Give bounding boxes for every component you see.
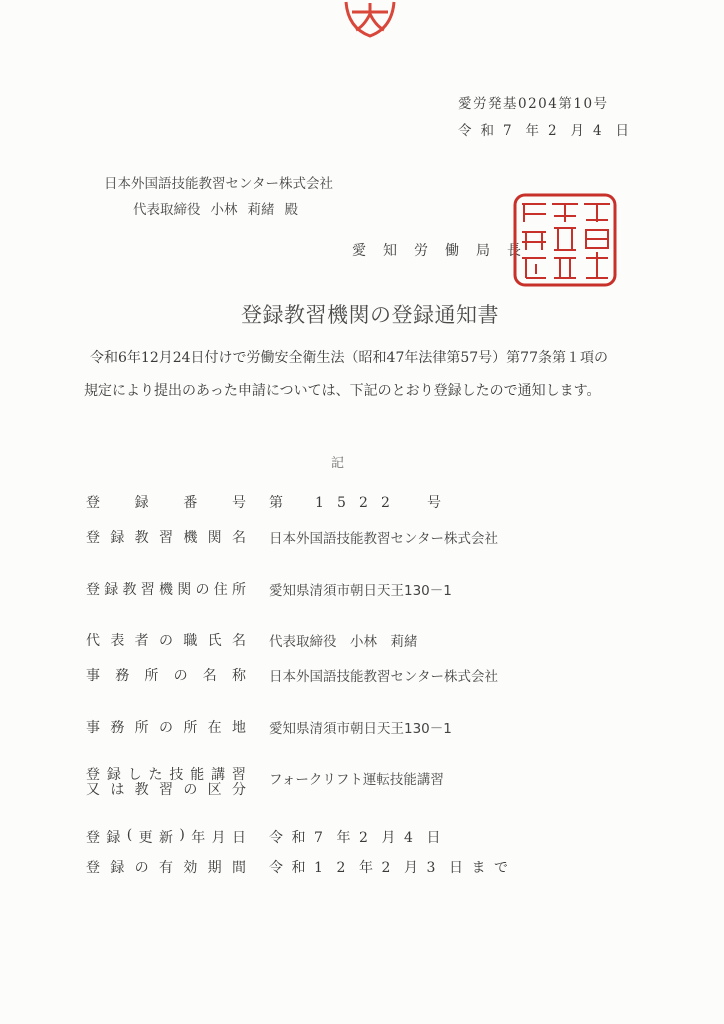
label-char: 区 (208, 783, 222, 798)
label-institution-name: 登 録 教 習 機 関 名 (86, 527, 246, 547)
label-char: し (128, 768, 142, 783)
label-char: 間 (232, 857, 246, 877)
row-institution-name: 登 録 教 習 機 関 名 日本外国語技能教習センター株式会社 (86, 527, 498, 547)
ki-heading: 記 (331, 452, 344, 471)
label-char: の (135, 857, 149, 877)
label-char: 事 (86, 665, 100, 685)
label-char: 名 (232, 630, 246, 650)
label-char: 年 (191, 827, 205, 847)
label-char: 名 (232, 527, 246, 547)
date-char: 令 (269, 857, 292, 877)
label-char: 表 (110, 630, 124, 650)
sender-char: 知 (383, 240, 414, 260)
label-char: の (159, 630, 173, 650)
label-char: 名 (203, 665, 217, 685)
date-char: 7 (314, 830, 337, 846)
label-line-2: 又 は 教 習 の 区 分 (86, 783, 246, 798)
label-char: 習 (159, 783, 173, 798)
value-registration-date: 令和7年2月4日 (269, 827, 449, 847)
label-char: 録 (107, 768, 121, 783)
representative-given-name: 莉緒 (248, 202, 275, 218)
label-char: 技 (169, 768, 183, 783)
date-char: 令 (458, 119, 481, 139)
row-representative: 代 表 者 の 職 氏 名 代表取締役 小林 莉緒 (86, 630, 418, 650)
label-char: 教 (135, 783, 149, 798)
label-validity-period: 登 録 の 有 効 期 間 (86, 857, 246, 877)
date-char: 和 (481, 119, 504, 139)
label-char: 登 (86, 768, 100, 783)
date-char: 2 (359, 830, 382, 846)
date-char: 2 (548, 123, 571, 139)
value-registration-number: 第1522号 (269, 492, 450, 512)
label-char: 有 (159, 857, 173, 877)
row-office-name: 事 務 所 の 名 称 日本外国語技能教習センター株式会社 (86, 665, 498, 685)
label-char: 登 (86, 527, 100, 547)
label-char: 務 (110, 717, 124, 737)
label-registration-date: 登 録 ( 更 新 ) 年 月 日 (86, 827, 246, 847)
label-char: 登 (86, 492, 100, 512)
label-char: 地 (232, 717, 246, 737)
date-char: 年 (337, 827, 360, 847)
number-prefix: 第 (269, 492, 315, 512)
label-char: た (149, 768, 163, 783)
date-char: 4 (593, 123, 616, 139)
label-char: 所 (232, 579, 246, 599)
sender-char: 働 (445, 240, 476, 260)
label-char: の (174, 665, 188, 685)
label-char: 分 (232, 783, 246, 798)
label-char: 号 (232, 492, 246, 512)
row-validity-period: 登 録 の 有 効 期 間 令和12年2月3日まで (86, 857, 517, 877)
row-office-location: 事 務 所 の 所 在 地 愛知県清須市朝日天王130－1 (86, 717, 452, 737)
value-office-name: 日本外国語技能教習センター株式会社 (269, 665, 498, 685)
sender-char: 労 (414, 240, 445, 260)
representative-family-name: 小林 (211, 202, 238, 218)
value-validity-period: 令和12年2月3日まで (269, 857, 517, 877)
label-char: 録 (135, 492, 149, 512)
label-char: ) (179, 827, 184, 847)
label-char: 更 (139, 827, 153, 847)
label-char: 期 (208, 857, 222, 877)
date-char: 日 (427, 827, 450, 847)
date-char: 月 (571, 119, 594, 139)
addressee-company: 日本外国語技能教習センター株式会社 (104, 172, 333, 192)
body-text-line-2: 規定により提出のあった申請については、下記のとおり登録したので通知します。 (84, 380, 600, 400)
row-registration-number: 登 録 番 号 第1522号 (86, 492, 450, 512)
label-char: 効 (183, 857, 197, 877)
value-institution-address: 愛知県清須市朝日天王130－1 (269, 579, 452, 599)
label-char: 事 (86, 717, 100, 737)
label-char: 講 (211, 768, 225, 783)
date-char: 3 (427, 860, 450, 876)
number-digit: 1 (315, 495, 337, 511)
label-office-location: 事 務 所 の 所 在 地 (86, 717, 246, 737)
document-title: 登録教習機関の登録通知書 (241, 299, 499, 329)
label-char: 所 (183, 717, 197, 737)
date-char: ま (472, 857, 495, 877)
row-institution-address: 登 録 教 習 機 関 の 住 所 愛知県清須市朝日天王130－1 (86, 579, 452, 599)
label-institution-address: 登 録 教 習 機 関 の 住 所 (86, 579, 246, 599)
label-char: 者 (135, 630, 149, 650)
date-char: 年 (526, 119, 549, 139)
label-char: の (159, 717, 173, 737)
label-char: 機 (183, 527, 197, 547)
label-char: 録 (106, 827, 120, 847)
date-char: 7 (503, 123, 526, 139)
label-char: 習 (159, 527, 173, 547)
label-char: 氏 (208, 630, 222, 650)
label-char: 録 (110, 857, 124, 877)
label-char: 所 (135, 717, 149, 737)
label-char: 称 (232, 665, 246, 685)
label-char: 教 (135, 527, 149, 547)
label-char: 職 (183, 630, 197, 650)
date-char: 令 (269, 827, 292, 847)
label-char: 録 (110, 527, 124, 547)
date-char: 和 (292, 827, 315, 847)
label-representative: 代 表 者 の 職 氏 名 (86, 630, 246, 650)
document-number: 愛労発基0204第10号 (458, 92, 609, 112)
date-char: 和 (292, 857, 315, 877)
representative-title: 代表取締役 (133, 202, 201, 218)
row-course-category: 登 録 し た 技 能 講 習 又 は 教 習 の 区 分 フォークリフト運転技… (86, 768, 444, 798)
label-char: 新 (159, 827, 173, 847)
label-char: の (196, 579, 210, 599)
label-char: 日 (232, 827, 246, 847)
label-char: 又 (86, 783, 100, 798)
date-char: 月 (382, 827, 405, 847)
label-char: 録 (104, 579, 118, 599)
value-course-category: フォークリフト運転技能講習 (269, 768, 444, 798)
label-char: 所 (144, 665, 158, 685)
label-line-1: 登 録 し た 技 能 講 習 (86, 768, 246, 783)
label-char: 登 (86, 579, 100, 599)
label-registration-number: 登 録 番 号 (86, 492, 246, 512)
value-office-location: 愛知県清須市朝日天王130－1 (269, 717, 452, 737)
label-char: 関 (177, 579, 191, 599)
label-office-name: 事 務 所 の 名 称 (86, 665, 246, 685)
emblem-stamp-icon (342, 0, 398, 40)
number-digit: 5 (337, 495, 359, 511)
label-char: 習 (232, 768, 246, 783)
date-char: 日 (449, 857, 472, 877)
body-text-line-1: 令和6年12月24日付けで労働安全衛生法（昭和47年法律第57号）第77条第１項… (90, 347, 608, 367)
issue-date: 令和7年2月4日 (458, 119, 638, 139)
label-char: 月 (212, 827, 226, 847)
date-char: 1 (314, 860, 337, 876)
date-char: 日 (616, 119, 639, 139)
sender-name: 愛知労働局長 (352, 240, 538, 260)
date-char: 4 (404, 830, 427, 846)
label-char: 関 (208, 527, 222, 547)
label-char: 代 (86, 630, 100, 650)
label-char: 登 (86, 827, 100, 847)
official-seal-icon (512, 192, 618, 288)
date-char: 2 (337, 860, 360, 876)
date-char: 月 (404, 857, 427, 877)
honorific: 殿 (285, 202, 299, 218)
label-char: 教 (123, 579, 137, 599)
number-digit: 2 (381, 495, 427, 511)
value-institution-name: 日本外国語技能教習センター株式会社 (269, 527, 498, 547)
label-char: 能 (190, 768, 204, 783)
date-char: 2 (382, 860, 405, 876)
date-char: 年 (359, 857, 382, 877)
label-char: 習 (141, 579, 155, 599)
label-char: は (110, 783, 124, 798)
row-registration-date: 登 録 ( 更 新 ) 年 月 日 令和7年2月4日 (86, 827, 449, 847)
addressee-representative: 代表取締役小林莉緒殿 (133, 198, 298, 218)
label-char: 番 (183, 492, 197, 512)
sender-char: 局 (476, 240, 507, 260)
value-representative: 代表取締役 小林 莉緒 (269, 630, 418, 650)
label-char: 務 (115, 665, 129, 685)
sender-char: 愛 (352, 240, 383, 260)
label-char: 登 (86, 857, 100, 877)
label-char: ( (127, 827, 132, 847)
label-char: 機 (159, 579, 173, 599)
label-course-category: 登 録 し た 技 能 講 習 又 は 教 習 の 区 分 (86, 768, 246, 798)
label-char: 住 (214, 579, 228, 599)
date-char: で (494, 857, 517, 877)
number-digit: 2 (359, 495, 381, 511)
label-char: の (183, 783, 197, 798)
number-suffix: 号 (427, 492, 450, 512)
label-char: 在 (208, 717, 222, 737)
